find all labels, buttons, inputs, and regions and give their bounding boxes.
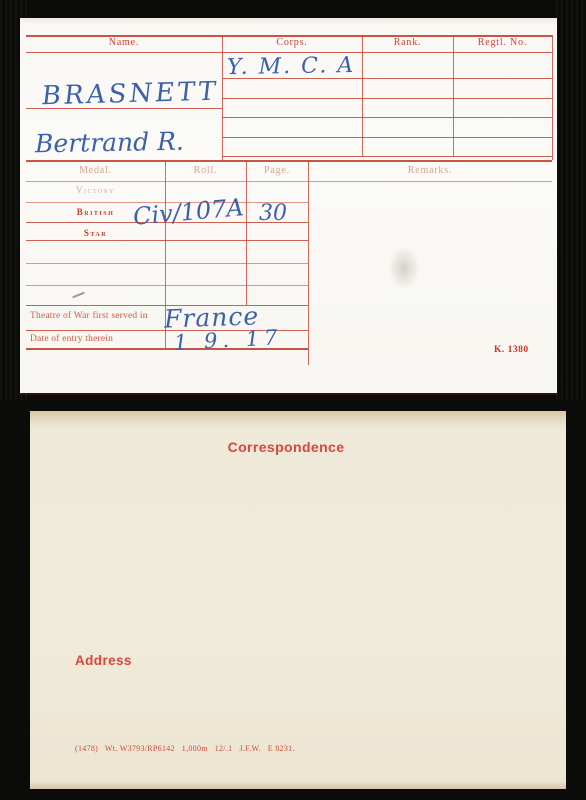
divider-roll-page bbox=[246, 160, 247, 305]
background-texture-right bbox=[556, 0, 586, 400]
medal-card-front: Name. Corps. Rank. Regtl. No. Medal. Rol… bbox=[20, 18, 557, 393]
correspondence-heading: Correspondence bbox=[30, 439, 542, 455]
corps-column-header: Corps. bbox=[222, 37, 362, 48]
grid-line bbox=[26, 263, 308, 264]
pencil-tick-mark bbox=[72, 292, 85, 299]
divider-page-remarks bbox=[308, 160, 309, 365]
grid-line bbox=[222, 156, 552, 157]
name-column-header: Name. bbox=[26, 37, 222, 48]
handwritten-forenames: Bertrand R. bbox=[35, 129, 184, 157]
page-column-header: Page. bbox=[246, 165, 308, 176]
grid-line bbox=[26, 285, 308, 286]
rule-medal-header-underline bbox=[26, 181, 552, 182]
handwritten-entry-date: 1 9. 17 bbox=[174, 327, 283, 354]
grid-line bbox=[26, 240, 308, 241]
divider-right-edge bbox=[552, 35, 553, 160]
grid-line bbox=[222, 137, 552, 138]
handwritten-surname: BRASNETT bbox=[40, 79, 220, 110]
regtl-no-column-header: Regtl. No. bbox=[453, 37, 552, 48]
roll-column-header: Roll. bbox=[165, 165, 246, 176]
medal-row-victory: Victory bbox=[26, 185, 165, 195]
address-label: Address bbox=[75, 653, 132, 668]
remarks-column-header: Remarks. bbox=[308, 165, 552, 176]
handwritten-page-number: 30 bbox=[259, 203, 287, 225]
theatre-of-war-label: Theatre of War first served in bbox=[30, 311, 148, 321]
handwritten-corps: Y. M. C. A bbox=[227, 55, 355, 79]
divider-corps-rank bbox=[362, 35, 363, 156]
medal-card-back: Correspondence Address (1478) Wt. W3793/… bbox=[30, 411, 566, 789]
rule-section-divider bbox=[26, 160, 552, 162]
scanned-medal-index-card: Name. Corps. Rank. Regtl. No. Medal. Rol… bbox=[0, 0, 586, 800]
rank-column-header: Rank. bbox=[362, 37, 453, 48]
divider-rank-regtl bbox=[453, 35, 454, 156]
form-reference-number: K. 1380 bbox=[494, 345, 529, 355]
medal-column-header: Medal. bbox=[26, 165, 165, 176]
printers-imprint: (1478) Wt. W3793/RP6142 1,000m 12/.1 J.F… bbox=[75, 744, 295, 753]
date-of-entry-label: Date of entry therein bbox=[30, 334, 113, 344]
grid-line bbox=[222, 117, 552, 118]
handwritten-roll-number: Civ/107A bbox=[132, 195, 244, 229]
divider-name-corps bbox=[222, 35, 223, 160]
rule-header-underline bbox=[26, 52, 552, 53]
grid-line bbox=[222, 98, 552, 99]
paper-smudge bbox=[388, 246, 420, 290]
